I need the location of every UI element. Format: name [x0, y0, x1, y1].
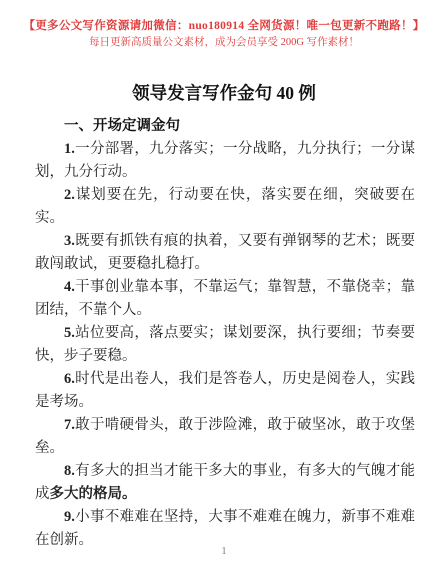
- list-item: 8.有多大的担当才能干多大的事业，有多大的气魄才能成多大的格局。: [35, 460, 415, 506]
- list-item: 6.时代是出卷人，我们是答卷人，历史是阅卷人，实践是考场。: [35, 368, 415, 414]
- list-item: 4.干事创业靠本事，不靠运气；靠智慧，不靠侥幸；靠团结，不靠个人。: [35, 276, 415, 322]
- item-number: 4.: [64, 279, 75, 295]
- item-text: 谋划要在先，行动要在快，落实要在细，突破要在实。: [35, 187, 415, 226]
- ad-banner-line1: 【更多公文写作资源请加微信：nuo180914 全网货源！唯一包更新不跑路！】: [0, 19, 448, 34]
- list-item: 5.站位要高，落点要实；谋划要深，执行要细；节奏要快，步子要稳。: [35, 322, 415, 368]
- item-number: 1.: [64, 141, 75, 157]
- page-number: 1: [0, 546, 448, 557]
- item-text-bold: 多大的格局。: [50, 486, 137, 502]
- ad-banner: 【更多公文写作资源请加微信：nuo180914 全网货源！唯一包更新不跑路！】 …: [0, 0, 448, 50]
- item-text: 时代是出卷人，我们是答卷人，历史是阅卷人，实践是考场。: [35, 371, 415, 410]
- item-text: 既要有抓铁有痕的执着，又要有弹钢琴的艺术；既要敢闯敢试，更要稳扎稳打。: [35, 233, 415, 272]
- section-heading: 一、开场定调金句: [35, 115, 415, 138]
- list-item: 2.谋划要在先，行动要在快，落实要在细，突破要在实。: [35, 184, 415, 230]
- item-number: 8.: [64, 463, 75, 479]
- item-number: 2.: [64, 187, 75, 203]
- list-item: 3.既要有抓铁有痕的执着，又要有弹钢琴的艺术；既要敢闯敢试，更要稳扎稳打。: [35, 230, 415, 276]
- list-item: 1.一分部署，九分落实；一分战略，九分执行；一分谋划，九分行动。: [35, 138, 415, 184]
- item-number: 9.: [64, 509, 75, 525]
- item-number: 6.: [64, 371, 75, 387]
- ad-banner-line2: 每日更新高质量公文素材，成为会员享受 200G 写作素材！: [0, 36, 448, 50]
- document-body: 一、开场定调金句 1.一分部署，九分落实；一分战略，九分执行；一分谋划，九分行动…: [35, 115, 415, 552]
- document-title: 领导发言写作金句 40 例: [0, 81, 448, 106]
- item-text: 干事创业靠本事，不靠运气；靠智慧，不靠侥幸；靠团结，不靠个人。: [35, 279, 415, 318]
- list-item: 7.敢于啃硬骨头，敢于涉险滩，敢于破坚冰，敢于攻堡垒。: [35, 414, 415, 460]
- item-text: 一分部署，九分落实；一分战略，九分执行；一分谋划，九分行动。: [35, 141, 415, 180]
- item-text: 站位要高，落点要实；谋划要深，执行要细；节奏要快，步子要稳。: [35, 325, 415, 364]
- item-text: 敢于啃硬骨头，敢于涉险滩，敢于破坚冰，敢于攻堡垒。: [35, 417, 415, 456]
- item-number: 7.: [64, 417, 75, 433]
- item-number: 3.: [64, 233, 75, 249]
- item-text: 小事不难难在坚持，大事不难难在魄力，新事不难难在创新。: [35, 509, 415, 548]
- document-page: 【更多公文写作资源请加微信：nuo180914 全网货源！唯一包更新不跑路！】 …: [0, 0, 448, 580]
- item-number: 5.: [64, 325, 75, 341]
